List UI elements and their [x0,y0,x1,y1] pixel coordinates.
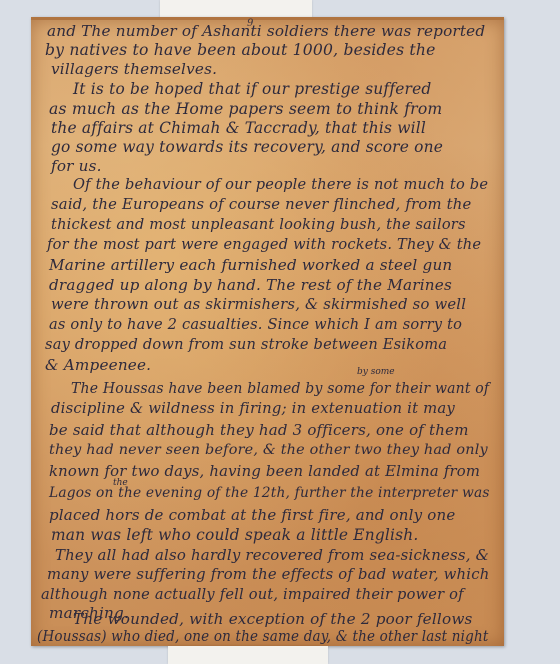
handwritten-text: and The number of Ashanti soldiers there… [31,20,504,646]
text-line: as only to have 2 casualties. Since whic… [49,316,462,333]
text-line: dragged up along by hand. The rest of th… [49,276,452,294]
text-line: The wounded, with exception of the 2 poo… [73,610,473,628]
text-line: Lagos on the evening of the 12th, furthe… [49,485,490,501]
text-line: say dropped down from sun stroke between… [45,336,447,353]
insertion-text: by some [357,367,395,377]
text-line: It is to be hoped that if our prestige s… [73,80,431,98]
text-line: (Houssas) who died, one on the same day,… [37,628,488,645]
text-line: villagers themselves. [51,60,217,78]
text-line: placed hors de combat at the first fire,… [49,506,455,524]
text-line: for the most part were engaged with rock… [47,236,481,253]
text-line: Marine artillery each furnished worked a… [49,256,452,274]
text-line: & Ampeenee. [45,356,151,374]
text-line: for us. [51,157,102,175]
letter-page: 9 and The number of Ashanti soldiers the… [31,17,504,646]
text-line: discipline & wildness in firing; in exte… [51,400,455,417]
text-line: go some way towards its recovery, and sc… [51,138,443,156]
text-line: man was left who could speak a little En… [51,526,418,544]
text-line: the affairs at Chimah & Taccrady, that t… [51,119,426,137]
text-line: They all had also hardly recovered from … [55,546,489,564]
text-line: be said that although they had 3 officer… [49,421,469,439]
text-line: although none actually fell out, impaire… [41,586,464,603]
text-line: said, the Europeans of course never flin… [51,196,471,213]
text-line: thickest and most unpleasant looking bus… [51,216,466,233]
text-line: Of the behaviour of our people there is … [73,176,488,193]
text-line: were thrown out as skirmishers, & skirmi… [51,296,466,313]
text-line: as much as the Home papers seem to think… [49,100,442,118]
text-line: they had never seen before, & the other … [49,442,488,458]
tape-bottom [168,646,328,664]
text-line: by natives to have been about 1000, besi… [45,41,436,59]
text-line: and The number of Ashanti soldiers there… [47,22,485,40]
text-line: many were suffering from the effects of … [47,566,489,583]
text-line: The Houssas have been blamed by some for… [71,380,489,397]
